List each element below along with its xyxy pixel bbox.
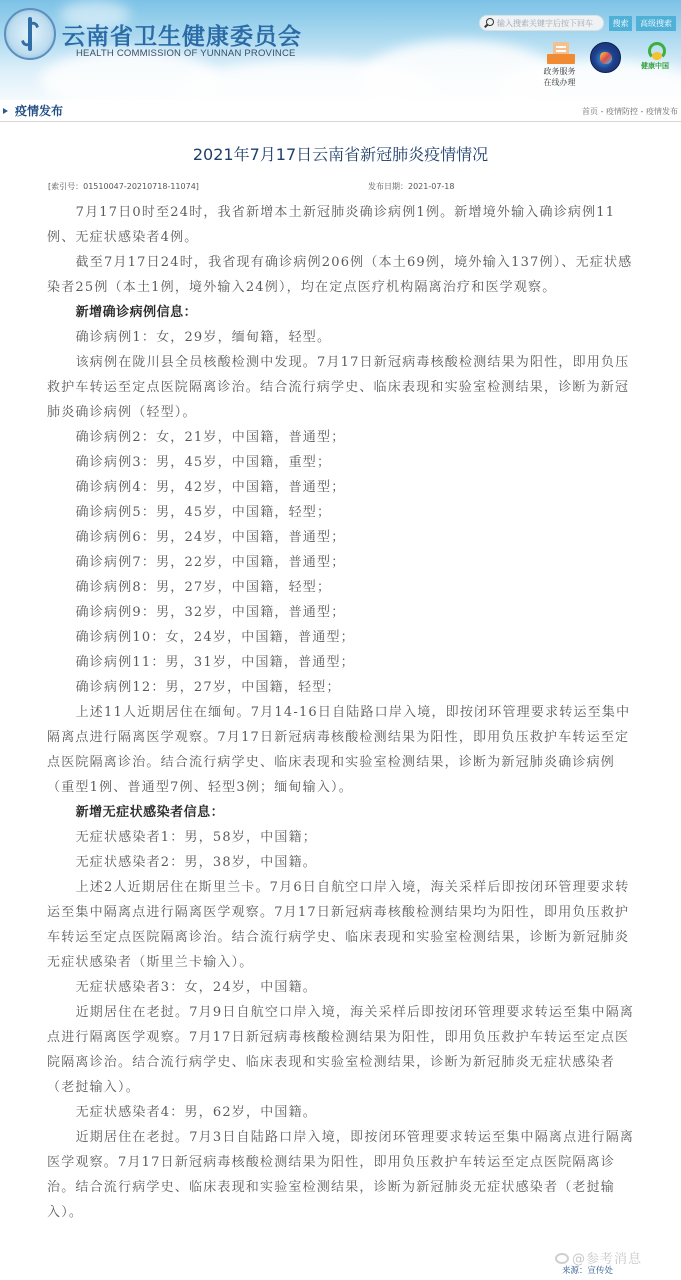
article-paragraph: 确诊病例3：男，45岁，中国籍，重型； (47, 450, 637, 475)
article-paragraph: 截至7月17日24时，我省现有确诊病例206例（本土69例，境外输入137例）、… (47, 250, 637, 300)
article-paragraph: 确诊病例2：女，21岁，中国籍，普通型； (47, 425, 637, 450)
gov-service-label-line2: 在线办理 (541, 77, 578, 88)
healthy-china-logo-icon (646, 42, 664, 62)
article-paragraph: 无症状感染者1：男，58岁，中国籍； (47, 825, 637, 850)
section-title: 疫情发布 (15, 102, 63, 119)
breadcrumb-epidemic-release[interactable]: 疫情发布 (646, 107, 678, 116)
weibo-icon (555, 1253, 569, 1264)
article-paragraph: 确诊病例4：男，42岁，中国籍，普通型； (47, 475, 637, 500)
commission-emblem-logo[interactable] (4, 8, 56, 60)
search-input[interactable] (497, 19, 602, 28)
site-subtitle: HEALTH COMMISSION OF YUNNAN PROVINCE (76, 48, 296, 59)
gov-service-link[interactable]: 政务服务 在线办理 (544, 42, 578, 88)
article-paragraph: 上述2人近期居住在斯里兰卡。7月6日自航空口岸入境，海关采样后即按闭环管理要求转… (47, 875, 637, 975)
article-paragraph: 确诊病例5：男，45岁，中国籍，轻型； (47, 500, 637, 525)
inbox-tray-icon (547, 42, 575, 64)
article-paragraph: 该病例在陇川县全员核酸检测中发现。7月17日新冠病毒核酸检测结果为阳性，即用负压… (47, 350, 637, 425)
article-source: 来源：宣传处 (562, 1264, 613, 1276)
article-paragraph: 近期居住在老挝。7月9日自航空口岸入境，海关采样后即按闭环管理要求转运至集中隔离… (47, 1000, 637, 1100)
section-heading: 新增无症状感染者信息： (47, 800, 637, 825)
section-bar: 疫情发布 首页 - 疫情防控 - 疫情发布 (0, 100, 681, 122)
article-paragraph: 确诊病例11：男，31岁，中国籍，普通型； (47, 650, 637, 675)
breadcrumb-separator: - (638, 107, 646, 116)
circular-badge-logo-link[interactable] (590, 42, 621, 73)
article-paragraph: 无症状感染者3：女，24岁，中国籍。 (47, 975, 637, 1000)
index-number: [索引号：01510047-20210718-11074] (48, 181, 199, 192)
article-paragraph: 确诊病例9：男，32岁，中国籍，普通型； (47, 600, 637, 625)
article-paragraph: 确诊病例7：男，22岁，中国籍，普通型； (47, 550, 637, 575)
article-paragraph: 确诊病例8：男，27岁，中国籍，轻型； (47, 575, 637, 600)
article-paragraph: 无症状感染者4：男，62岁，中国籍。 (47, 1100, 637, 1125)
breadcrumb-home[interactable]: 首页 (582, 107, 598, 116)
site-title[interactable]: 云南省卫生健康委员会 (62, 18, 302, 51)
article-paragraph: 确诊病例6：男，24岁，中国籍，普通型； (47, 525, 637, 550)
article-paragraph: 确诊病例10：女，24岁，中国籍，普通型； (47, 625, 637, 650)
search-box (479, 15, 604, 31)
breadcrumb-separator: - (598, 107, 606, 116)
search-icon (484, 18, 494, 28)
article-paragraph: 近期居住在老挝。7月3日自陆路口岸入境，即按闭环管理要求转运至集中隔离点进行隔离… (47, 1125, 637, 1225)
breadcrumb-epidemic-control[interactable]: 疫情防控 (606, 107, 638, 116)
healthy-china-label: 健康中国 (637, 62, 673, 71)
article-body: 7月17日0时至24时，我省新增本土新冠肺炎确诊病例1例。新增境外输入确诊病例1… (47, 200, 637, 1225)
advanced-search-button[interactable]: 高级搜索 (636, 16, 676, 31)
header-banner: 云南省卫生健康委员会 HEALTH COMMISSION OF YUNNAN P… (0, 0, 681, 100)
triangle-right-icon (3, 108, 8, 114)
article-title: 2021年7月17日云南省新冠肺炎疫情情况 (0, 142, 681, 165)
breadcrumb: 首页 - 疫情防控 - 疫情发布 (582, 106, 678, 117)
gov-service-label-line1: 政务服务 (541, 66, 578, 77)
article-paragraph: 确诊病例1：女，29岁，缅甸籍，轻型。 (47, 325, 637, 350)
snake-icon (17, 19, 42, 49)
healthy-china-link[interactable]: 健康中国 (637, 42, 673, 71)
article-paragraph: 确诊病例12：男，27岁，中国籍，轻型； (47, 675, 637, 700)
publish-date: 发布日期：2021-07-18 (368, 181, 455, 192)
article-paragraph: 上述11人近期居住在缅甸。7月14-16日自陆路口岸入境，即按闭环管理要求转运至… (47, 700, 637, 800)
search-button[interactable]: 搜索 (609, 16, 632, 31)
article-paragraph: 7月17日0时至24时，我省新增本土新冠肺炎确诊病例1例。新增境外输入确诊病例1… (47, 200, 637, 250)
section-heading: 新增确诊病例信息： (47, 300, 637, 325)
article-paragraph: 无症状感染者2：男，38岁，中国籍。 (47, 850, 637, 875)
